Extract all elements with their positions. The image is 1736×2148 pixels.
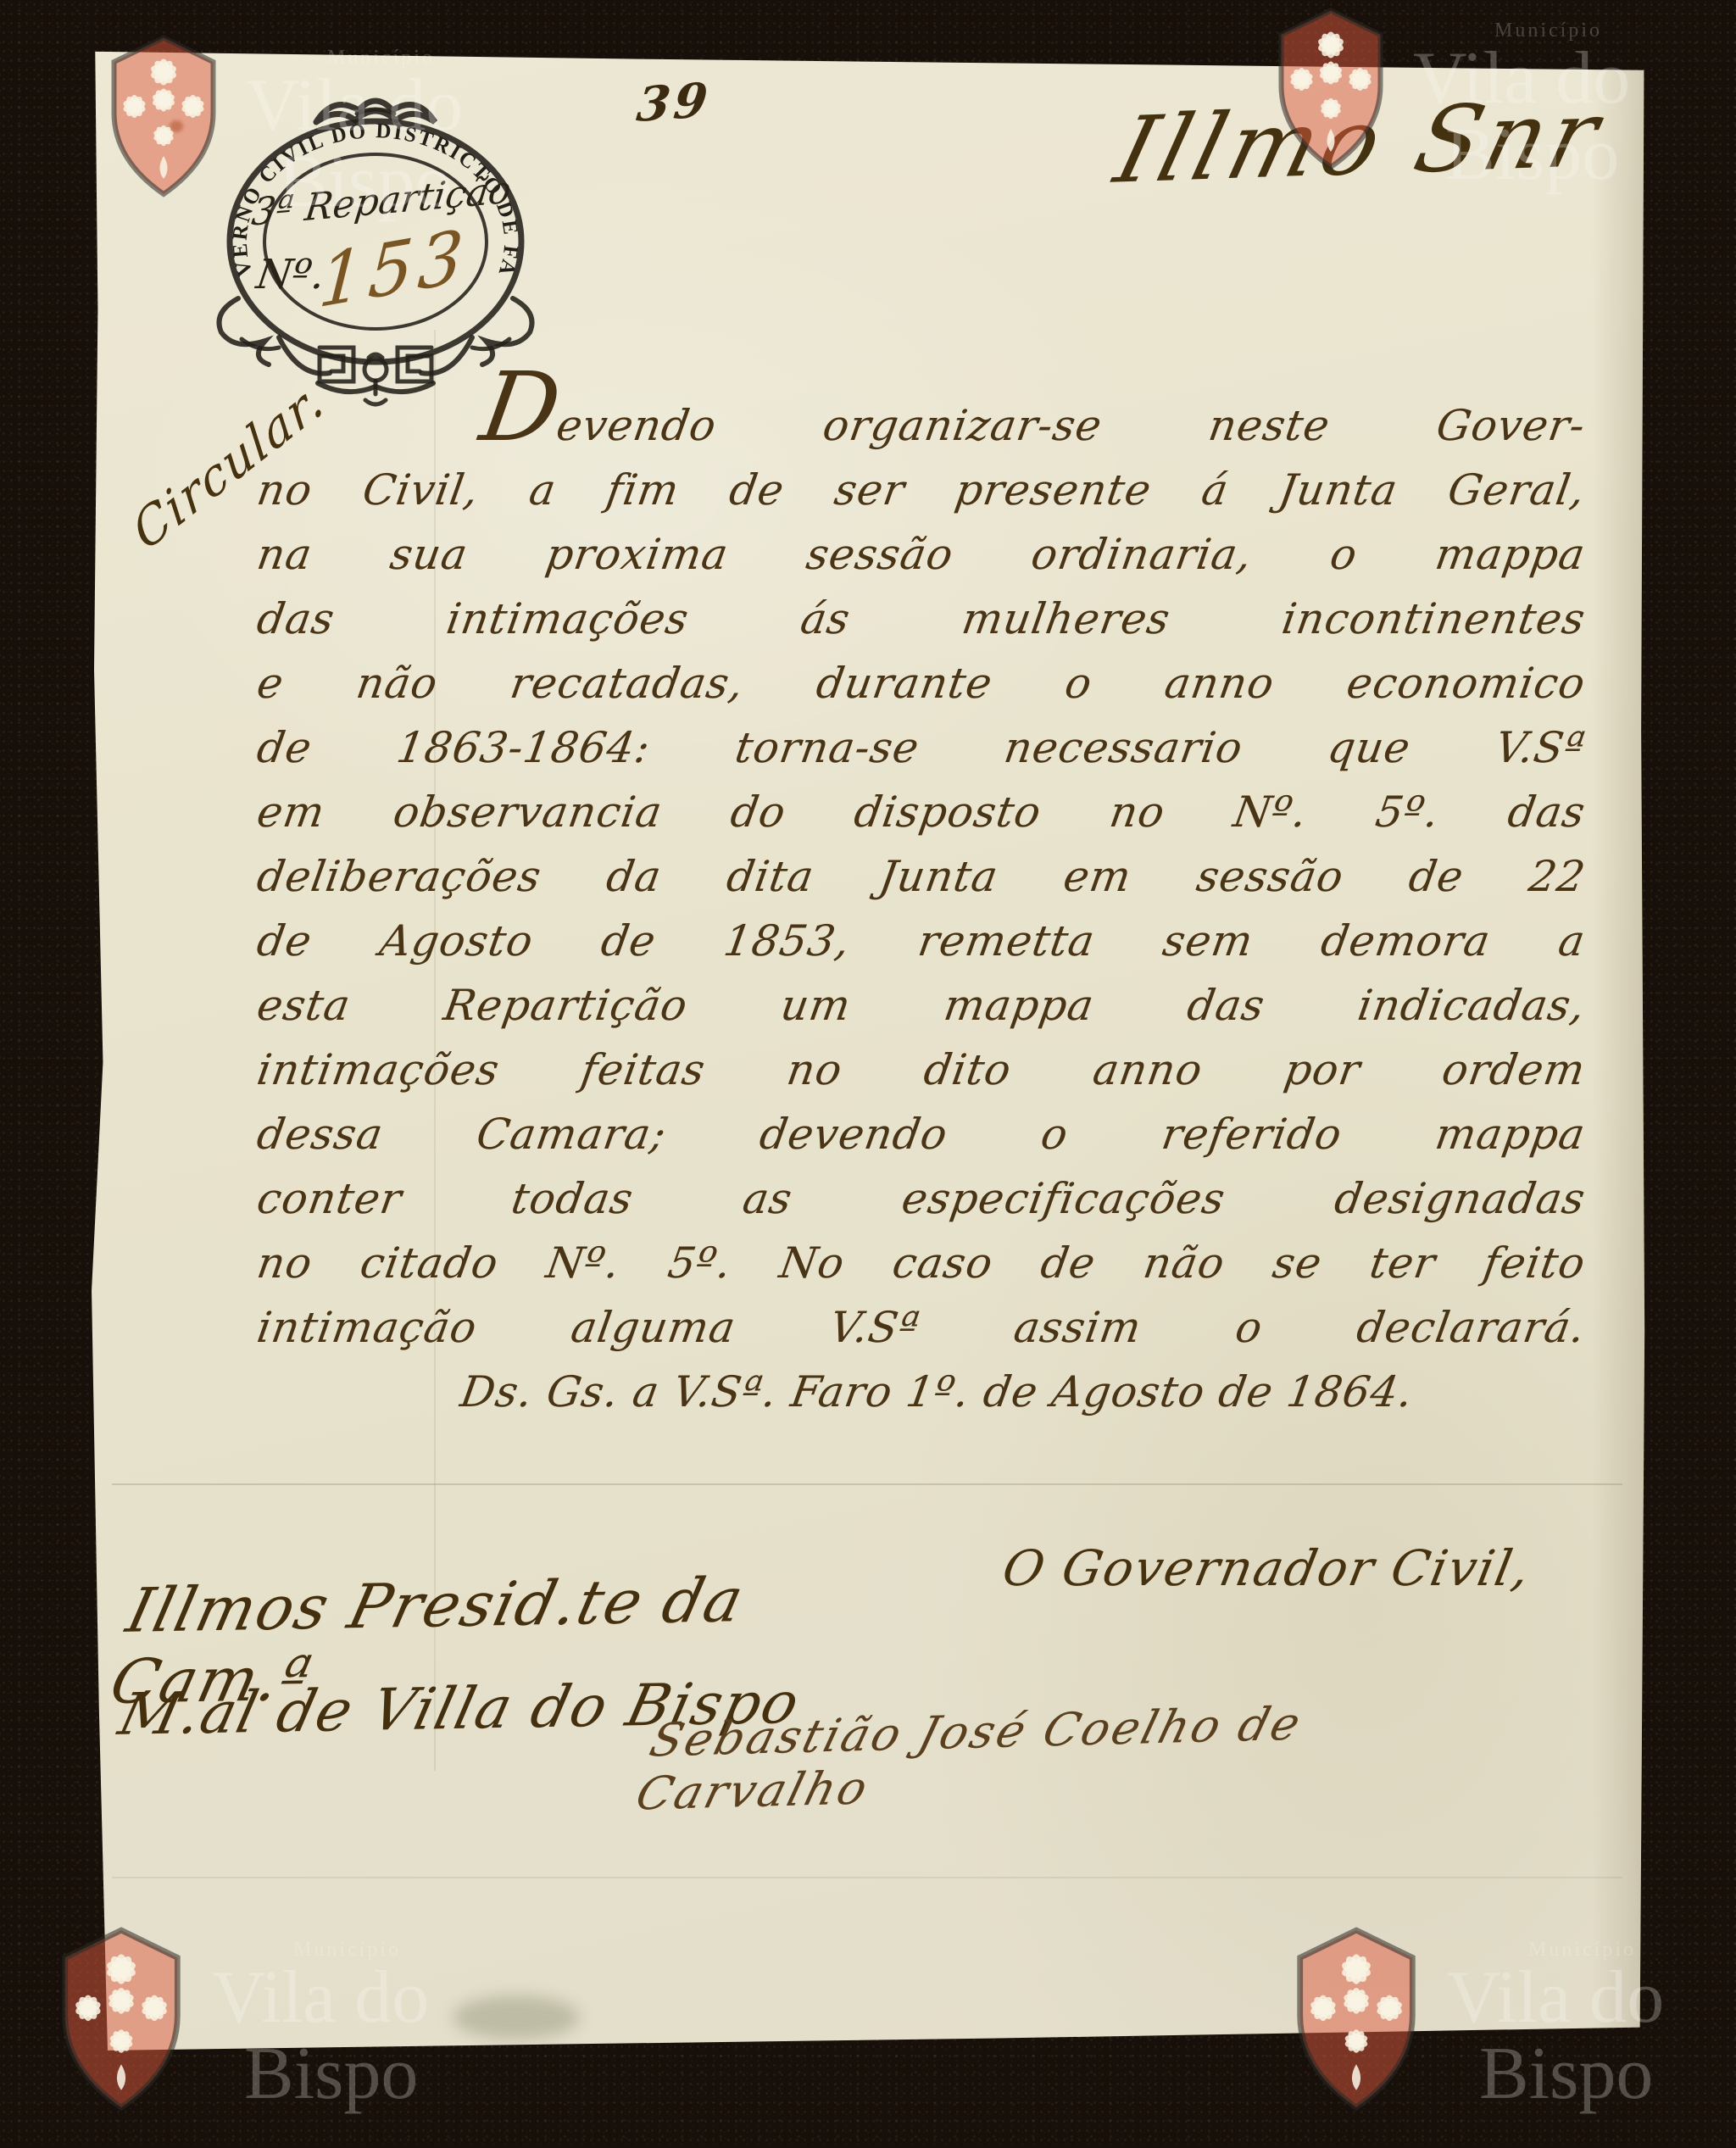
body-line: esta Repartição um mappa das indicadas,	[253, 973, 1590, 1038]
closing-role: O Governador Civil,	[998, 1539, 1602, 1597]
watermark-municipio: Município	[1494, 20, 1630, 41]
signature: Sebastião José Coelho de Carvalho	[631, 1690, 1546, 1820]
body-line: no Civil, a fim de ser presente á Junta …	[253, 458, 1590, 522]
body-line: e não recatadas, durante o anno economic…	[253, 651, 1590, 715]
body-line: na sua proxima sessão ordinaria, o mappa	[253, 522, 1590, 587]
body-line: de 1863-1864: torna-se necessario que V.…	[253, 715, 1590, 780]
stamp-number-label: Nº.	[253, 251, 328, 298]
ink-spot	[170, 120, 183, 132]
smudge-stain	[453, 1995, 580, 2039]
body-line: em observancia do disposto no Nº. 5º. da…	[253, 780, 1590, 844]
body-line: deliberações da dita Junta em sessão de …	[253, 844, 1590, 909]
fold-crease-horizontal	[112, 1483, 1623, 1485]
letter-body: Devendo organizar-se neste Gover- no Civ…	[258, 393, 1585, 1424]
body-line: intimações feitas no dito anno por ordem	[253, 1038, 1590, 1102]
date-line: Ds. Gs. a V.Sª. Faro 1º. de Agosto de 18…	[253, 1360, 1590, 1424]
body-line: dessa Camara; devendo o referido mappa	[253, 1102, 1590, 1166]
body-line: Devendo organizar-se neste Gover-	[253, 393, 1590, 458]
sheet-number: 39	[634, 72, 714, 133]
fold-crease-horizontal	[112, 1877, 1623, 1878]
letter-sheet: 39 Illmo Snr Circular.	[88, 49, 1646, 2051]
salutation-script: Illmo Snr	[1047, 80, 1672, 206]
body-line: das intimações ás mulheres incontinentes	[253, 587, 1590, 651]
scanned-document-photo: 39 Illmo Snr Circular.	[0, 0, 1736, 2148]
watermark-line2: Bispo	[1479, 2036, 1664, 2112]
body-line: de Agosto de 1853, remetta sem demora a	[253, 909, 1590, 973]
body-line: conter todas as especificações designada…	[253, 1166, 1590, 1231]
body-line: intimação alguma V.Sª assim o declarará.	[253, 1295, 1590, 1360]
body-line: no citado Nº. 5º. No caso de não se ter …	[253, 1231, 1590, 1295]
